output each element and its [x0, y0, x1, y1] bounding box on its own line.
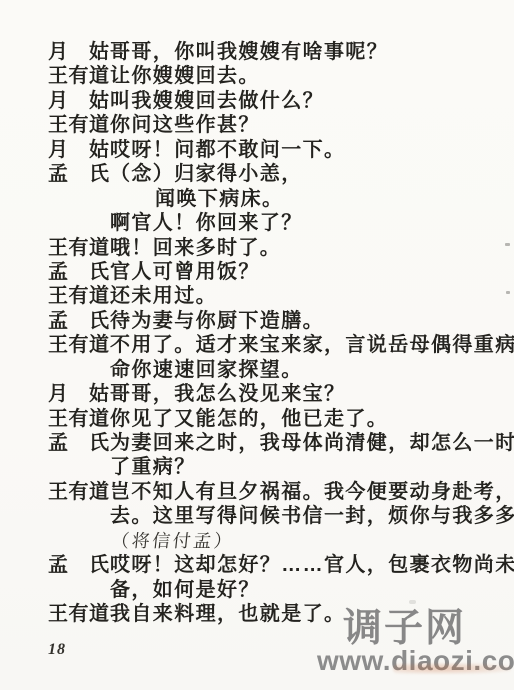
speaker-name: 月 姑 [48, 89, 110, 113]
dialogue-text: 命你速速回家探望。 [110, 358, 494, 382]
script-line: 孟 氏 官人可曾用饭？ [48, 260, 494, 284]
speaker-name: 孟 氏 [48, 431, 110, 455]
speaker-name: 王有道 [48, 407, 110, 431]
dialogue-text: 叫我嫂嫂回去做什么？ [110, 89, 494, 113]
scanned-script-page: 月 姑 哥哥，你叫我嫂嫂有啥事呢？ 王有道 让你嫂嫂回去。 月 姑 叫我嫂嫂回去… [0, 0, 514, 690]
dialogue-text: 待为妻与你厨下造膳。 [110, 309, 494, 333]
dialogue-text: 你见了又能怎的，他已走了。 [110, 407, 494, 431]
scan-speck [409, 600, 416, 604]
script-line: 王有道 你见了又能怎的，他已走了。 [48, 407, 494, 431]
speaker-name: 王有道 [48, 64, 110, 88]
dialogue-text: 还未用过。 [110, 284, 494, 308]
script-line: 月 姑 叫我嫂嫂回去做什么？ [48, 89, 494, 113]
script-line: 月 姑 哥哥，我怎么没见来宝？ [48, 382, 494, 406]
watermark-site-name: 调子网 [343, 608, 466, 650]
script-line: 孟 氏 （念）归家得小恙， [48, 162, 494, 186]
script-line: 备，如何是好？ [48, 578, 494, 602]
script-line: 月 姑 哥哥，你叫我嫂嫂有啥事呢？ [48, 40, 494, 64]
dialogue-text: 啊官人！你回来了？ [110, 211, 494, 235]
watermark-smudge-artifact [393, 663, 511, 674]
script-line: 月 姑 哎呀！问都不敢问一下。 [48, 138, 494, 162]
script-line: 了重病？ [48, 455, 494, 479]
script-line: 孟 氏 待为妻与你厨下造膳。 [48, 309, 494, 333]
script-line: 王有道 岂不知人有旦夕祸福。我今便要动身赴考，不能前 [48, 480, 494, 504]
script-line: 命你速速回家探望。 [48, 358, 494, 382]
script-line: 啊官人！你回来了？ [48, 211, 494, 235]
dialogue-text: 了重病？ [110, 455, 494, 479]
speaker-name: 孟 氏 [48, 260, 110, 284]
script-line: （将信付孟） [48, 529, 494, 553]
dialogue-text: 让你嫂嫂回去。 [110, 64, 494, 88]
script-line: 孟 氏 为妻回来之时，我母体尚清健，却怎么一时之间得 [48, 431, 494, 455]
script-line: 去。这里写得问候书信一封，烦你与我多多致意。 [48, 504, 494, 528]
dialogue-text: 岂不知人有旦夕祸福。我今便要动身赴考，不能前 [110, 480, 514, 504]
dialogue-text: 备，如何是好？ [110, 578, 494, 602]
script-line: 王有道 让你嫂嫂回去。 [48, 64, 494, 88]
speaker-name: 王有道 [48, 602, 110, 626]
speaker-name: 孟 氏 [48, 553, 110, 577]
dialogue-text: 哥哥，我怎么没见来宝？ [110, 382, 494, 406]
page-number: 18 [48, 641, 66, 659]
script-line: 王有道 还未用过。 [48, 284, 494, 308]
dialogue-text: 为妻回来之时，我母体尚清健，却怎么一时之间得 [110, 431, 514, 455]
dialogue-text: （将信付孟） [110, 529, 497, 553]
speaker-name: 王有道 [48, 113, 110, 137]
speaker-name: 王有道 [48, 480, 110, 504]
scan-speck [505, 243, 510, 246]
speaker-name: 月 姑 [48, 138, 110, 162]
dialogue-text: 哦！回来多时了。 [110, 236, 494, 260]
speaker-name: 王有道 [48, 333, 110, 357]
dialogue-text: 你问这些作甚？ [110, 113, 494, 137]
dialogue-text: 闻唤下病床。 [110, 187, 494, 211]
speaker-name: 月 姑 [48, 382, 110, 406]
dialogue-text: 不用了。适才来宝来家，言说岳母偶得重病，岳父 [110, 333, 514, 357]
script-line: 孟 氏 哎呀！这却怎好？……官人，包裹衣物尚未收拾齐 [48, 553, 494, 577]
script-line: 闻唤下病床。 [48, 187, 494, 211]
script-line: 王有道 你问这些作甚？ [48, 113, 494, 137]
speaker-name: 王有道 [48, 236, 110, 260]
scan-speck [506, 291, 510, 294]
script-line: 王有道 哦！回来多时了。 [48, 236, 494, 260]
speaker-name: 月 姑 [48, 40, 110, 64]
dialogue-text: 哥哥，你叫我嫂嫂有啥事呢？ [110, 40, 494, 64]
speaker-name: 孟 氏 [48, 162, 110, 186]
dialogue-text: 哎呀！这却怎好？……官人，包裹衣物尚未收拾齐 [110, 553, 514, 577]
script-line: 王有道 不用了。适才来宝来家，言说岳母偶得重病，岳父 [48, 333, 494, 357]
script-body: 月 姑 哥哥，你叫我嫂嫂有啥事呢？ 王有道 让你嫂嫂回去。 月 姑 叫我嫂嫂回去… [48, 40, 494, 627]
speaker-name: 王有道 [48, 284, 110, 308]
dialogue-text: （念）归家得小恙， [110, 162, 494, 186]
dialogue-text: 去。这里写得问候书信一封，烦你与我多多致意。 [110, 504, 514, 528]
dialogue-text: 哎呀！问都不敢问一下。 [110, 138, 494, 162]
speaker-name: 孟 氏 [48, 309, 110, 333]
dialogue-text: 官人可曾用饭？ [110, 260, 494, 284]
